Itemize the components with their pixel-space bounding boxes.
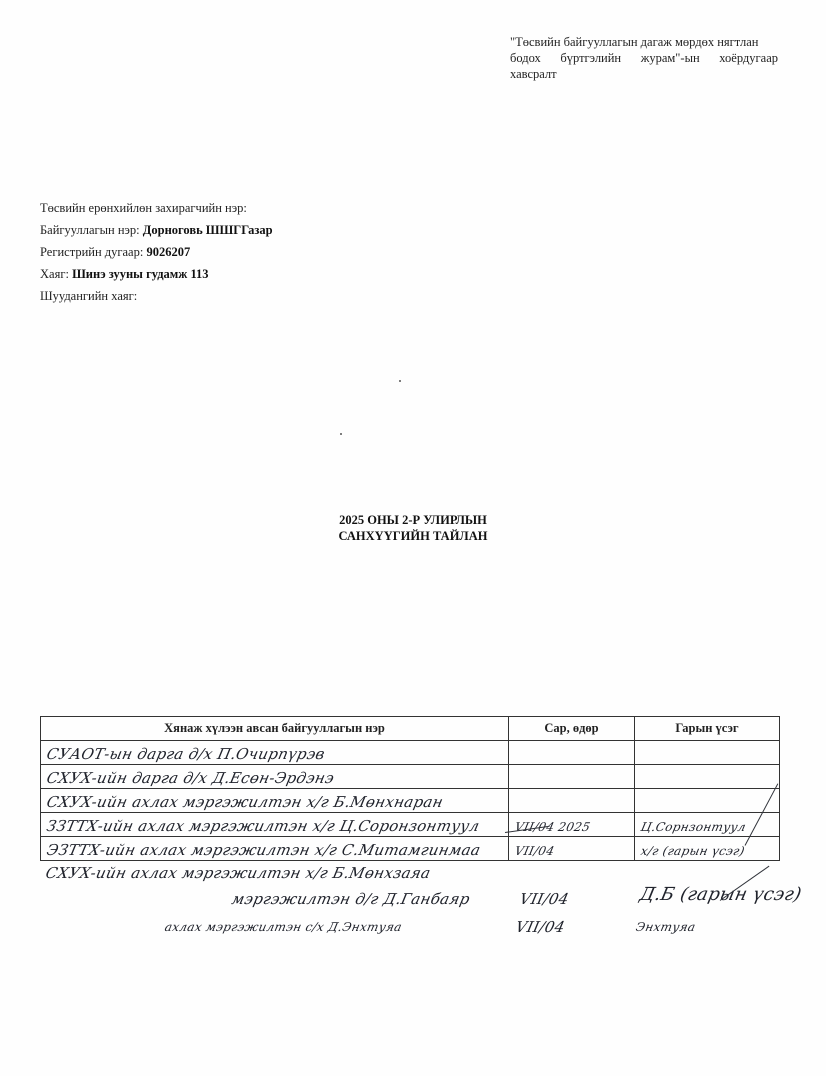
review-date: VII/04 2025	[514, 820, 592, 834]
report-title-line-2: САНХҮҮГИЙН ТАЙЛАН	[0, 528, 826, 544]
table-row: СУАОТ-ын дарга д/х П.Очирпүрэв	[41, 741, 780, 765]
table-row: ЗЗТТХ-ийн ахлах мэргэжилтэн х/г Ц.Соронз…	[41, 813, 780, 837]
reviewer-name: СХУХ-ийн ахлах мэргэжилтэн х/г Б.Мөнхнар…	[45, 793, 445, 811]
signature: Энхтуяа	[635, 920, 697, 934]
reviewer-name: ЗЗТТХ-ийн ахлах мэргэжилтэн х/г Ц.Соронз…	[45, 817, 481, 835]
header-org-name: Хянаж хүлээн авсан байгууллагын нэр	[41, 717, 509, 741]
extra-entry-signature: Д.Б (гарын үсэг)	[640, 884, 801, 905]
reviewer-name: ахлах мэргэжилтэн с/х Д.Энхтуяа	[164, 920, 404, 934]
mailbox-label: Шуудангийн хаяг:	[40, 289, 137, 303]
budget-manager-label: Төсвийн ерөнхийлөн захирагчийн нэр:	[40, 201, 247, 215]
org-name-label: Байгууллагын нэр:	[40, 223, 140, 237]
header-signature: Гарын үсэг	[635, 717, 780, 741]
extra-entry: мэргэжилтэн д/г Д.Ганбаяр	[232, 890, 470, 909]
scan-speck	[340, 433, 342, 435]
extra-entry-date: VII/04	[516, 918, 565, 937]
reviewer-name: СХУХ-ийн дарга д/х Д.Есөн-Эрдэнэ	[45, 769, 336, 787]
address-label: Хаяг:	[40, 267, 69, 281]
review-date: VII/04	[514, 918, 566, 936]
registry-value: 9026207	[146, 245, 190, 259]
annex-line-2: бодох бүртгэлийн журам"-ын хоёрдугаар	[510, 50, 778, 66]
reviewer-name: СУАОТ-ын дарга д/х П.Очирпүрэв	[45, 745, 327, 763]
extra-entry-date: VII/04	[520, 890, 569, 909]
org-name-value: Дорноговь ШШГГазар	[143, 223, 273, 237]
header-date: Сар, өдөр	[509, 717, 635, 741]
table-row: ЭЗТТХ-ийн ахлах мэргэжилтэн х/г С.Митамг…	[41, 837, 780, 861]
address-row: Хаяг: Шинэ зууны гудамж 113	[40, 263, 273, 285]
table-row: СХУХ-ийн ахлах мэргэжилтэн х/г Б.Мөнхнар…	[41, 789, 780, 813]
mailbox-row: Шуудангийн хаяг:	[40, 285, 273, 307]
registry-label: Регистрийн дугаар:	[40, 245, 143, 259]
organization-info: Төсвийн ерөнхийлөн захирагчийн нэр: Байг…	[40, 197, 273, 307]
annex-line-3: хавсралт	[510, 66, 778, 82]
registry-row: Регистрийн дугаар: 9026207	[40, 241, 273, 263]
signature: Д.Б (гарын үсэг)	[638, 884, 804, 905]
report-title: 2025 ОНЫ 2-Р УЛИРЛЫН САНХҮҮГИЙН ТАЙЛАН	[0, 512, 826, 544]
address-value: Шинэ зууны гудамж 113	[72, 267, 208, 281]
signature: х/г (гарын үсэг)	[640, 844, 747, 858]
extra-entry-signature: Энхтуяа	[636, 918, 695, 936]
annex-note: "Төсвийн байгууллагын дагаж мөрдөх нягтл…	[510, 34, 778, 82]
document-page: "Төсвийн байгууллагын дагаж мөрдөх нягтл…	[0, 0, 826, 1076]
review-table-header: Хянаж хүлээн авсан байгууллагын нэр Сар,…	[41, 717, 780, 741]
review-table: Хянаж хүлээн авсан байгууллагын нэр Сар,…	[40, 716, 780, 861]
reviewer-name: ЭЗТТХ-ийн ахлах мэргэжилтэн х/г С.Митамг…	[45, 841, 482, 859]
signature: Ц.Сорнзонтуул	[640, 820, 748, 834]
table-row: СХУХ-ийн дарга д/х Д.Есөн-Эрдэнэ	[41, 765, 780, 789]
report-title-line-1: 2025 ОНЫ 2-Р УЛИРЛЫН	[0, 512, 826, 528]
annex-line-1: "Төсвийн байгууллагын дагаж мөрдөх нягтл…	[510, 34, 778, 50]
review-date: VII/04	[514, 844, 556, 858]
review-date: VII/04	[518, 890, 570, 908]
extra-entry: ахлах мэргэжилтэн с/х Д.Энхтуяа	[165, 918, 402, 936]
reviewer-name: мэргэжилтэн д/г Д.Ганбаяр	[230, 890, 472, 908]
org-name-row: Байгууллагын нэр: Дорноговь ШШГГазар	[40, 219, 273, 241]
extra-entry: СХУХ-ийн ахлах мэргэжилтэн х/г Б.Мөнхзая…	[46, 864, 430, 883]
reviewer-name: СХУХ-ийн ахлах мэргэжилтэн х/г Б.Мөнхзая…	[44, 864, 432, 882]
scan-speck	[399, 380, 401, 382]
budget-manager-row: Төсвийн ерөнхийлөн захирагчийн нэр:	[40, 197, 273, 219]
